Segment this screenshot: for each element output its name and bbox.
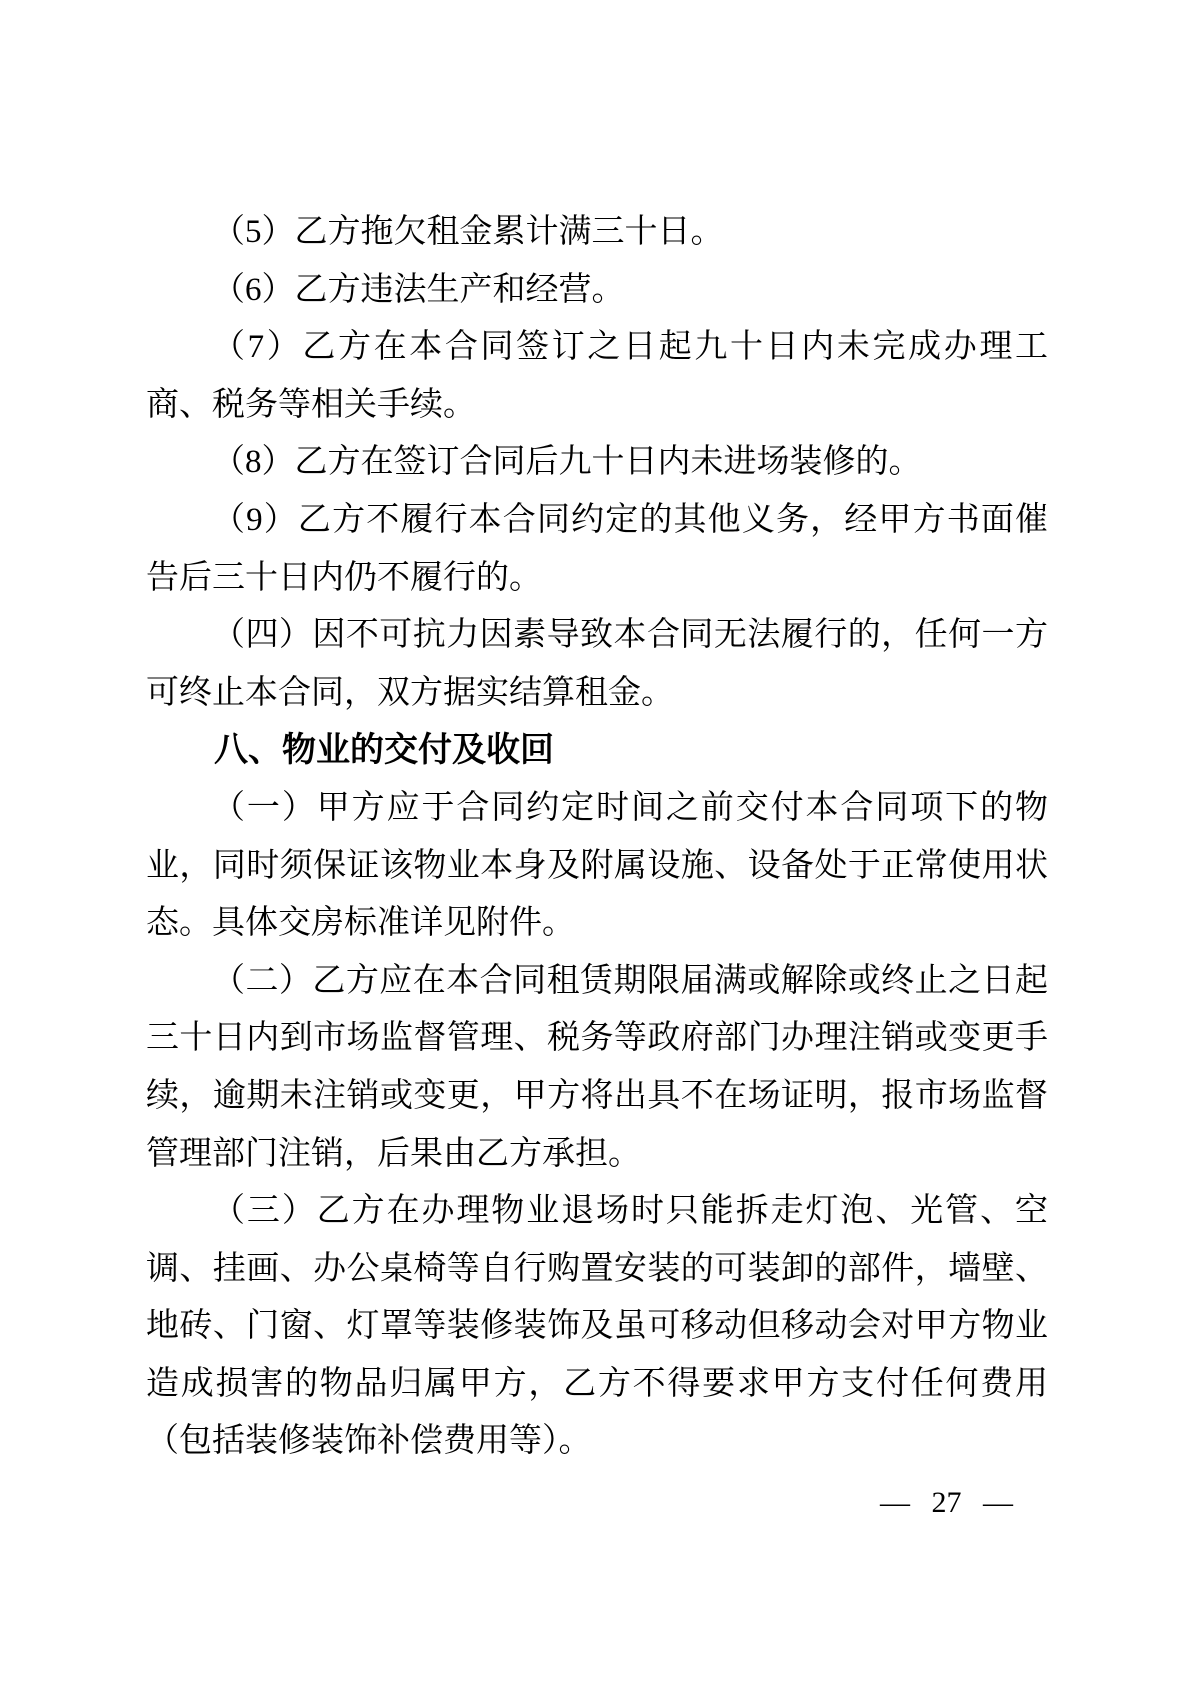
section-heading: 八、物业的交付及收回 (146, 722, 1048, 780)
clause-paragraph: （三）乙方在办理物业退场时只能拆走灯泡、光管、空调、挂画、办公桌椅等自行购置安装… (146, 1183, 1048, 1471)
clause-paragraph: （一）甲方应于合同约定时间之前交付本合同项下的物业，同时须保证该物业本身及附属设… (146, 780, 1048, 953)
clause-paragraph: （7）乙方在本合同签订之日起九十日内未完成办理工商、税务等相关手续。 (146, 319, 1048, 434)
document-page: （5）乙方拖欠租金累计满三十日。 （6）乙方违法生产和经营。 （7）乙方在本合同… (0, 0, 1191, 1684)
contract-body: （5）乙方拖欠租金累计满三十日。 （6）乙方违法生产和经营。 （7）乙方在本合同… (146, 204, 1048, 1471)
clause-paragraph: （5）乙方拖欠租金累计满三十日。 (146, 204, 1048, 262)
clause-paragraph: （二）乙方应在本合同租赁期限届满或解除或终止之日起三十日内到市场监督管理、税务等… (146, 953, 1048, 1183)
clause-paragraph: （四）因不可抗力因素导致本合同无法履行的，任何一方可终止本合同，双方据实结算租金… (146, 607, 1048, 722)
clause-paragraph: （9）乙方不履行本合同约定的其他义务，经甲方书面催告后三十日内仍不履行的。 (146, 492, 1048, 607)
page-number: — 27 — (880, 1486, 1013, 1520)
clause-paragraph: （8）乙方在签订合同后九十日内未进场装修的。 (146, 434, 1048, 492)
clause-paragraph: （6）乙方违法生产和经营。 (146, 262, 1048, 320)
